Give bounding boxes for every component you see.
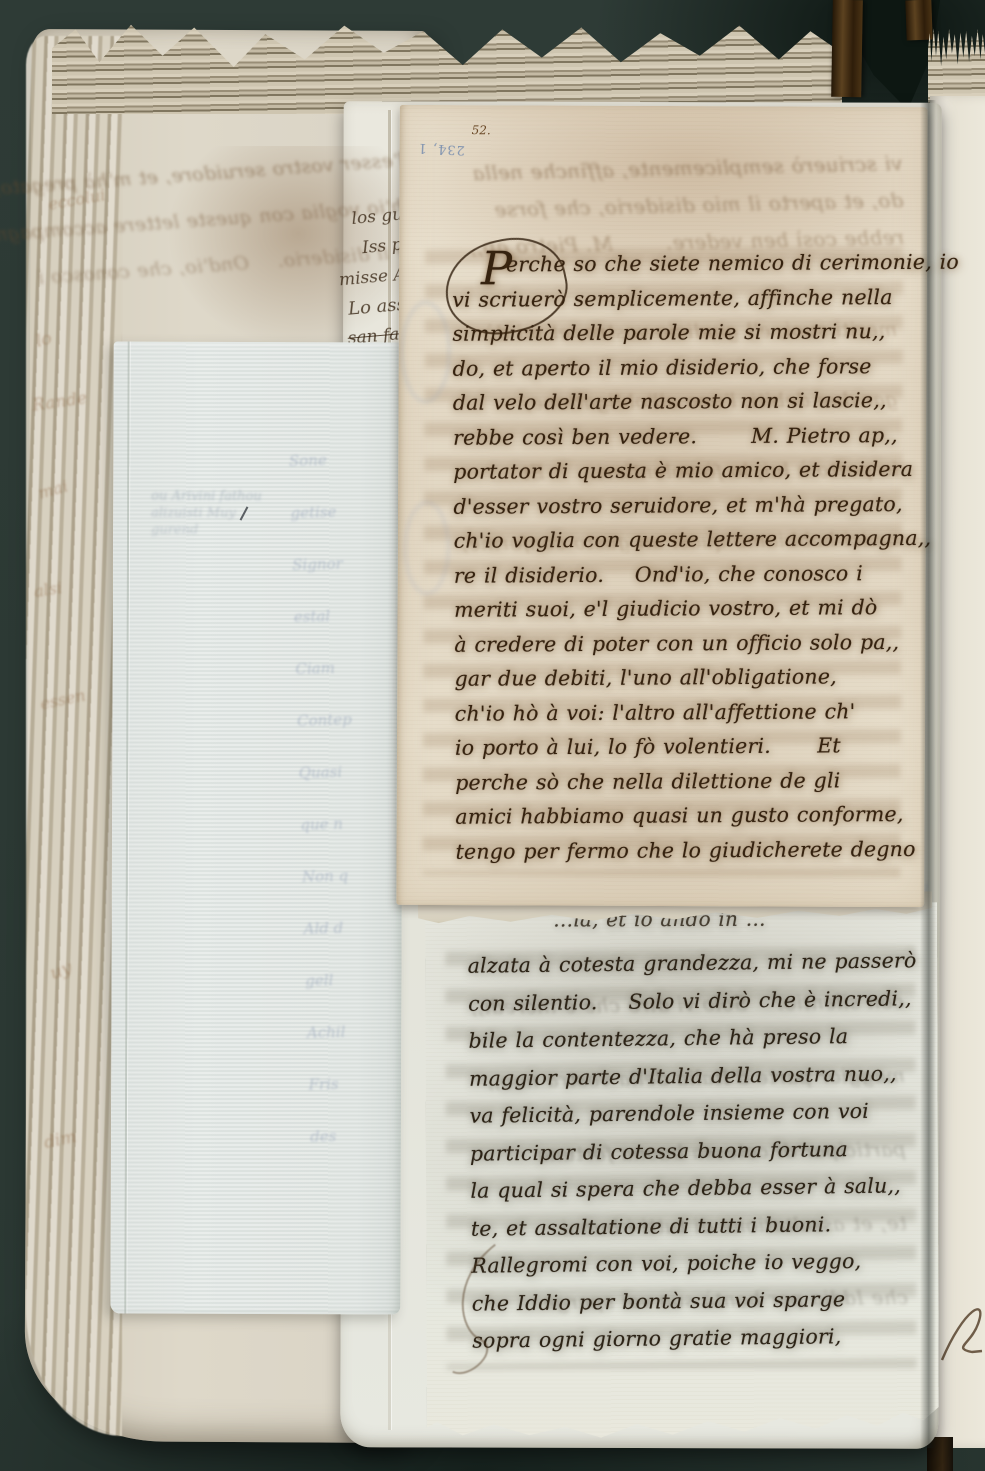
- letter-page-top: 52. 234, 1 vi scriuerò semplicemente, af…: [396, 105, 927, 907]
- book-strap-right: [905, 0, 932, 40]
- edge-fragment: uy: [47, 957, 75, 984]
- list-fragment: gell: [305, 969, 411, 1024]
- letter-page-bottom-lines: alzata à cotesta grandezza, mi ne passer…: [467, 942, 921, 1360]
- letter-line: ch'io voglia con queste lettere accompag…: [454, 521, 961, 559]
- book-strap-left: [831, 0, 863, 97]
- list-fragment: Signor: [292, 553, 398, 608]
- letter-page-top-lines: erche so che siete nemico di cerimonie, …: [452, 245, 963, 869]
- list-fragment: Non q: [302, 865, 408, 920]
- list-fragment: Achil: [307, 1021, 413, 1076]
- list-fragment: Fris: [308, 1073, 414, 1128]
- letter-page-bottom: con silentio. Solo vi dirò che è incredi…: [425, 902, 939, 1441]
- letter-line: perche sò che nella dilettione de gli: [455, 762, 962, 800]
- letter-line: à credere di poter con un officio solo p…: [454, 624, 961, 662]
- folio-number-ink: 52.: [472, 123, 491, 137]
- letter-line: maggior parte d'Italia della vostra nuo,…: [469, 1055, 918, 1098]
- showthrough-line: do, et aperto il mio disiderio, che fors…: [463, 182, 904, 229]
- letter-line: che Iddio per bontà sua voi sparge: [472, 1280, 921, 1323]
- list-fragment: Ald d: [303, 917, 409, 972]
- list-fragment: Ciam: [295, 657, 401, 712]
- edge-fragment: alsi: [33, 578, 64, 601]
- edge-fragment: lo: [34, 328, 54, 351]
- letter-line: sopra ogni giorno gratie maggiori,: [472, 1317, 921, 1360]
- letter-line: Rallegromi con voi, poiche io veggo,: [471, 1242, 920, 1285]
- list-fragment: Quasi: [298, 761, 404, 816]
- letter-line: erche so che siete nemico di cerimonie, …: [452, 245, 959, 283]
- showthrough-line: d'esser vostro seruidore, et m'hà pregat…: [134, 137, 413, 202]
- letter-line: con silentio. Solo vi dirò che è incredi…: [468, 980, 917, 1023]
- letter-line: gar due debiti, l'uno all'obligatione,: [454, 659, 961, 697]
- list-fragment: Contep: [297, 709, 403, 764]
- edge-fragment: mai: [36, 476, 70, 502]
- showthrough-line: vi scriuerò semplicemente, affinche nell…: [462, 145, 903, 192]
- letter-line: do, et aperto il mio disiderio, che fors…: [453, 348, 960, 386]
- list-fragment: que n: [300, 813, 406, 868]
- letter-line: te, et assaltatione di tutti i buoni.: [471, 1205, 920, 1248]
- manuscript-photo: eccolui lo Rande mai alsi essen uy dim Q…: [0, 0, 985, 1471]
- letter-line: ch'io hò à voi: l'altro all'affettione c…: [455, 693, 962, 731]
- letter-line: alzata à cotesta grandezza, mi ne passer…: [467, 942, 916, 985]
- edge-fragment: essen: [39, 685, 88, 713]
- letter-line: bile la contentezza, che hà preso la: [468, 1017, 917, 1060]
- ink-scrap-block: los gui Iss ps misse Ar Lo asse san fail…: [244, 199, 420, 363]
- edge-fragment: dim: [42, 1127, 78, 1153]
- letter-line: rebbe così ben vedere. M. Pietro ap,,: [453, 417, 960, 455]
- letter-line: la qual si spera che debba esser à salu,…: [470, 1167, 919, 1210]
- edge-fragment: Rande: [31, 388, 88, 415]
- ghost-loop: [400, 301, 450, 403]
- pencil-note-line: gurend: [151, 522, 262, 539]
- list-fragment: estal: [294, 605, 400, 660]
- archival-number-blue: 234, 1: [417, 140, 465, 158]
- letter-line: amici habbiamo quasi un gusto conforme,: [455, 797, 962, 835]
- edge-fragment: eccolui: [47, 185, 107, 214]
- pencil-note-line: ou Arivini fathou: [151, 488, 262, 505]
- letter-line: participar di cotessa buona fortuna: [470, 1130, 919, 1173]
- letter-line: simplicità delle parole mie si mostri nu…: [452, 314, 959, 352]
- ghost-loop: [404, 501, 450, 595]
- letter-line: meriti suoi, e'l giudicio vostro, et mi …: [454, 590, 961, 628]
- list-fragment: getise: [290, 501, 396, 556]
- sheet-fold-line: [124, 342, 129, 1314]
- letter-line: portator di questa è mio amico, et disid…: [453, 452, 960, 490]
- letter-line: io porto à lui, lo fò volentieri. Et: [455, 728, 962, 766]
- list-fragment: Sone: [289, 449, 395, 504]
- letter-line: dal velo dell'arte nascosto non si lasci…: [453, 383, 960, 421]
- letter-line: d'esser vostro seruidore, et m'hà pregat…: [453, 486, 960, 524]
- letter-line: vi scriuerò semplicemente, affinche nell…: [452, 279, 959, 317]
- letter-line: re il disiderio. Ond'io, che conosco i: [454, 555, 961, 593]
- list-fragment: des: [310, 1125, 416, 1180]
- letter-line: tengo per fermo che lo giudicherete degn…: [455, 831, 962, 869]
- letter-line: va felicità, parendole insieme con voi: [469, 1092, 918, 1135]
- inserted-blue-sheet: ou Arivini fathou alizuisti Muy gurend S…: [110, 341, 403, 1314]
